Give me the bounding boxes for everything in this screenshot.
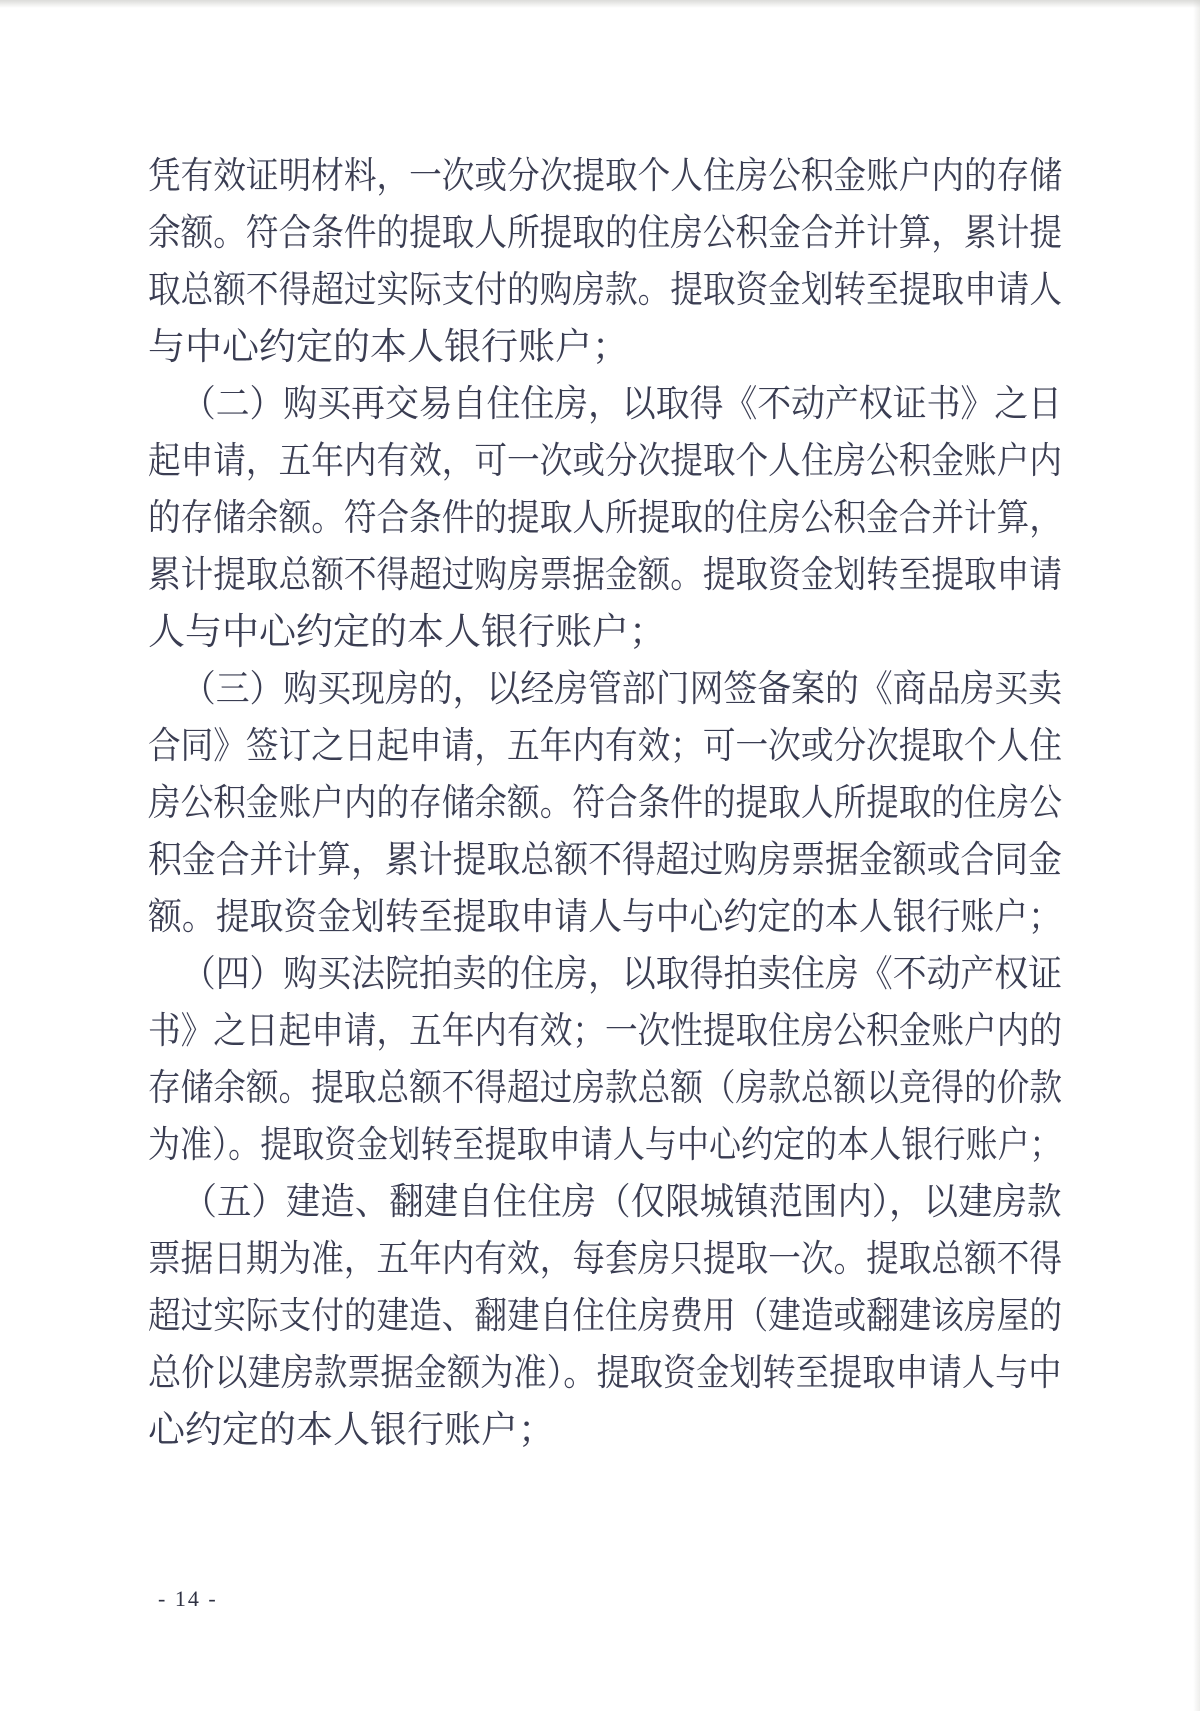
text-line: 与中心约定的本人银行账户； — [148, 319, 1062, 376]
text-line: 累计提取总额不得超过购房票据金额。提取资金划转至提取申请 — [148, 547, 954, 604]
paragraph-continuation: 凭有效证明材料，一次或分次提取个人住房公积金账户内的存储 余额。符合条件的提取人… — [148, 148, 1062, 376]
text-line: 超过实际支付的建造、翻建自住住房费用（建造或翻建该房屋的 — [148, 1288, 954, 1345]
paragraph-item-4: （四）购买法院拍卖的住房，以取得拍卖住房《不动产权证 书》之日起申请，五年内有效… — [148, 946, 1062, 1174]
text-line: 心约定的本人银行账户； — [148, 1402, 1062, 1459]
text-line: （四）购买法院拍卖的住房，以取得拍卖住房《不动产权证 — [148, 946, 984, 1003]
text-line: 取总额不得超过实际支付的购房款。提取资金划转至提取申请人 — [148, 262, 954, 319]
text-line: 凭有效证明材料，一次或分次提取个人住房公积金账户内的存储 — [148, 148, 954, 205]
paragraph-item-2: （二）购买再交易自住住房，以取得《不动产权证书》之日 起申请，五年内有效，可一次… — [148, 376, 1062, 661]
paragraph-item-3: （三）购买现房的，以经房管部门网签备案的《商品房买卖 合同》签订之日起申请，五年… — [148, 661, 1062, 946]
scan-artifact-top-edge — [0, 0, 1200, 8]
text-line: 房公积金账户内的存储余额。符合条件的提取人所提取的住房公 — [148, 775, 954, 832]
text-line: 余额。符合条件的提取人所提取的住房公积金合并计算，累计提 — [148, 205, 954, 262]
paragraph-item-5: （五）建造、翻建自住住房（仅限城镇范围内），以建房款 票据日期为准，五年内有效，… — [148, 1174, 1062, 1459]
text-line: 额。提取资金划转至提取申请人与中心约定的本人银行账户； — [148, 889, 984, 946]
scan-artifact-right-edge — [1193, 0, 1200, 1711]
document-body: 凭有效证明材料，一次或分次提取个人住房公积金账户内的存储 余额。符合条件的提取人… — [148, 148, 1062, 1459]
text-line: （三）购买现房的，以经房管部门网签备案的《商品房买卖 — [148, 661, 984, 718]
text-line: 的存储余额。符合条件的提取人所提取的住房公积金合并计算， — [148, 490, 954, 547]
text-line: （二）购买再交易自住住房，以取得《不动产权证书》之日 — [148, 376, 984, 433]
text-line: 总价以建房款票据金额为准）。提取资金划转至提取申请人与中 — [148, 1345, 969, 1402]
text-line: 为准）。提取资金划转至提取申请人与中心约定的本人银行账户； — [148, 1117, 940, 1174]
text-line: （五）建造、翻建自住住房（仅限城镇范围内），以建房款 — [148, 1174, 1000, 1231]
text-line: 书》之日起申请，五年内有效；一次性提取住房公积金账户内的 — [148, 1003, 954, 1060]
text-line: 积金合并计算，累计提取总额不得超过购房票据金额或合同金 — [148, 832, 984, 889]
text-line: 存储余额。提取总额不得超过房款总额（房款总额以竞得的价款 — [148, 1060, 954, 1117]
text-line: 起申请，五年内有效，可一次或分次提取个人住房公积金账户内 — [148, 433, 954, 490]
text-line: 票据日期为准，五年内有效，每套房只提取一次。提取总额不得 — [148, 1231, 954, 1288]
text-line: 人与中心约定的本人银行账户； — [148, 604, 1062, 661]
text-line: 合同》签订之日起申请，五年内有效；可一次或分次提取个人住 — [148, 718, 954, 775]
scanned-document-page: 凭有效证明材料，一次或分次提取个人住房公积金账户内的存储 余额。符合条件的提取人… — [0, 0, 1200, 1711]
page-number: - 14 - — [158, 1586, 218, 1612]
